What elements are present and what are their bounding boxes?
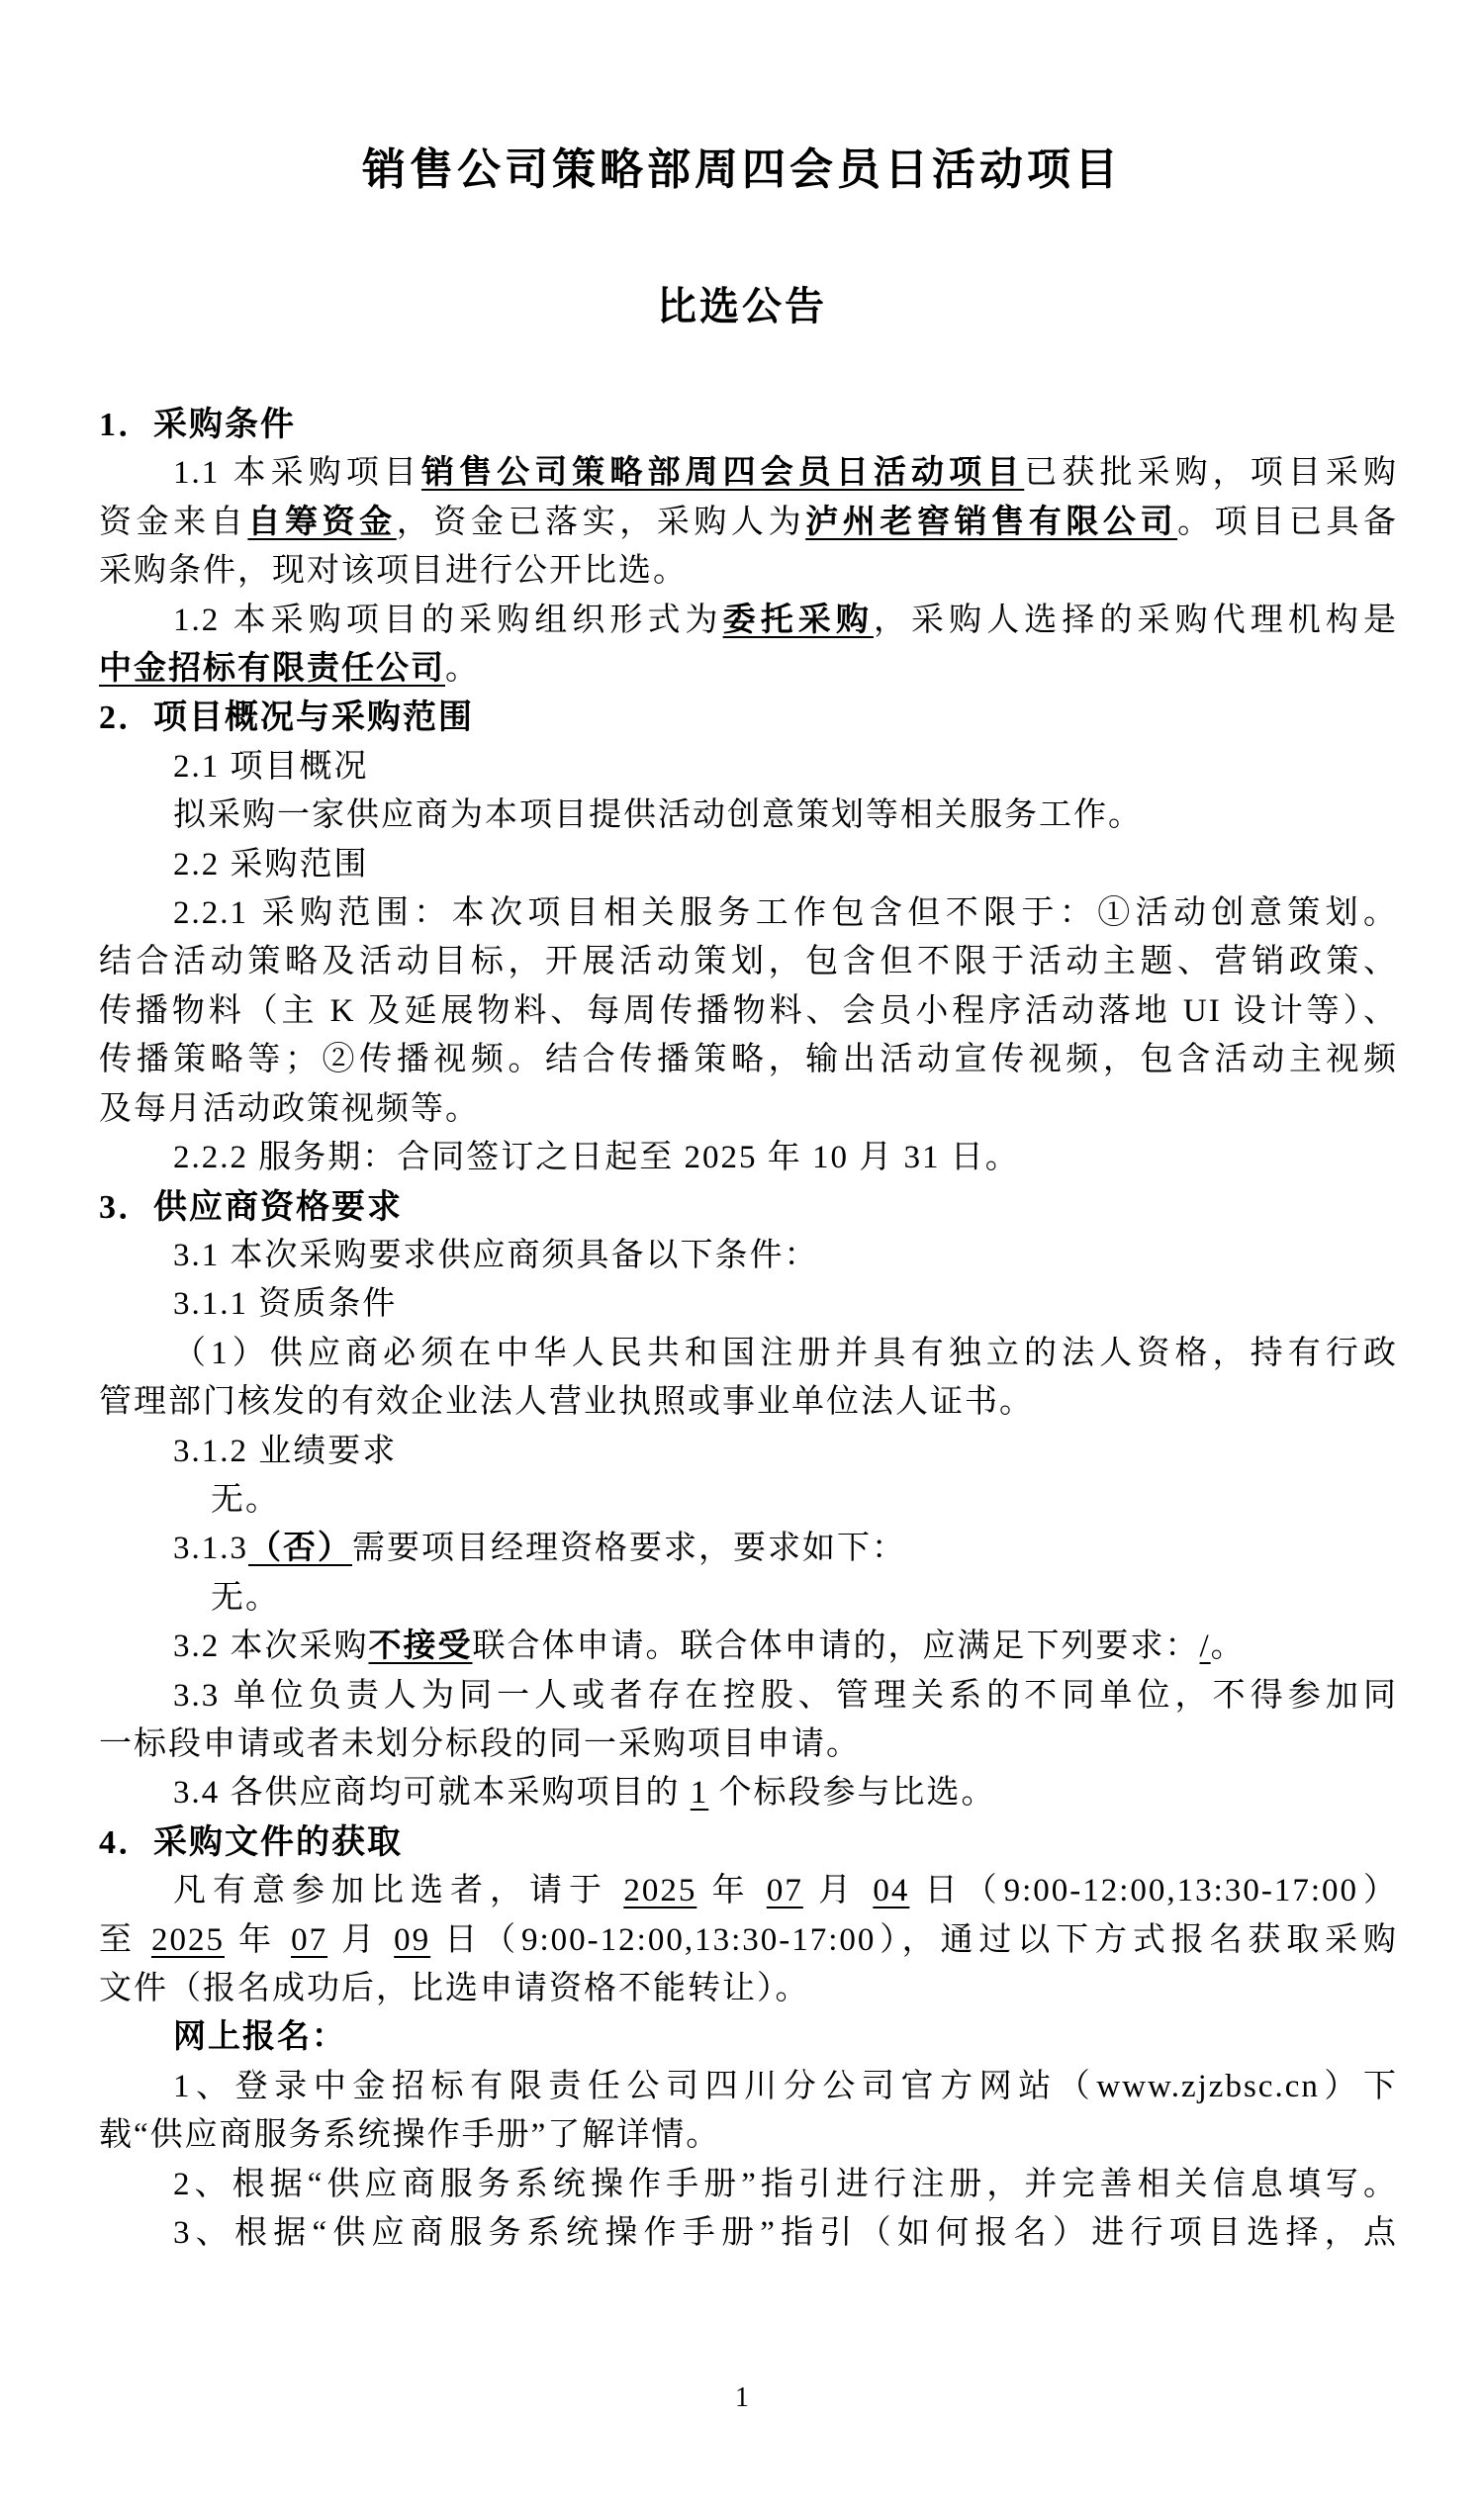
text-run: 采购条件，现对该项目进行公开比选。	[99, 553, 688, 589]
text-run: ，资金已落实，采购人为	[397, 505, 805, 540]
doc-line: 1、登录中金招标有限责任公司四川分公司官方网站（www.zjzbsc.cn）下	[99, 2063, 1398, 2111]
text-run: 2.2 采购范围	[173, 847, 369, 883]
text-run: 3.1.3	[173, 1531, 248, 1566]
doc-line: 一标段申请或者未划分标段的同一采购项目申请。	[99, 1721, 1398, 1769]
doc-line: 无。	[99, 1574, 1398, 1623]
text-run: 无。	[211, 1482, 280, 1518]
doc-line: 2.2.2 服务期：合同签订之日起至 2025 年 10 月 31 日。	[99, 1134, 1398, 1182]
text-run: ，采购人选择的采购代理机构是	[874, 603, 1398, 638]
text-run: 3、根据“供应商服务系统操作手册”指引（如何报名）进行项目选择，点	[173, 2215, 1398, 2251]
text-run: 3．供应商资格要求	[99, 1189, 403, 1226]
doc-subtitle: 比选公告	[0, 281, 1484, 332]
doc-body: 1．采购条件1.1 本采购项目销售公司策略部周四会员日活动项目已获批采购，项目采…	[99, 401, 1398, 2258]
doc-line: （1）供应商必须在中华人民共和国注册并具有独立的法人资格，持有行政	[99, 1330, 1398, 1378]
text-run: 2．项目概况与采购范围	[99, 699, 474, 736]
text-run: 1、登录中金招标有限责任公司四川分公司官方网站（www.zjzbsc.cn）下	[173, 2069, 1398, 2104]
doc-line: 3．供应商资格要求	[99, 1183, 1398, 1232]
doc-line: 结合活动策略及活动目标，开展活动策划，包含但不限于活动主题、营销政策、	[99, 938, 1398, 986]
doc-line: 传播物料（主 K 及延展物料、每周传播物料、会员小程序活动落地 UI 设计等）、	[99, 987, 1398, 1036]
doc-line: 2.1 项目概况	[99, 743, 1398, 791]
text-run: 09	[394, 1922, 430, 1958]
text-run: 。	[445, 651, 480, 687]
doc-line: 资金来自自筹资金，资金已落实，采购人为泸州老窖销售有限公司。项目已具备	[99, 499, 1398, 547]
text-run: 2.2.2 服务期：合同签订之日起至 2025 年 10 月 31 日。	[173, 1140, 1020, 1175]
doc-line: 3.1.3（否）需要项目经理资格要求，要求如下：	[99, 1525, 1398, 1573]
text-run: 3.3 单位负责人为同一人或者存在控股、管理关系的不同单位，不得参加同	[173, 1678, 1398, 1714]
text-run: 联合体申请。联合体申请的，应满足下列要求：	[473, 1629, 1200, 1664]
text-run: 网上报名：	[173, 2019, 346, 2055]
text-run: 1	[691, 1775, 709, 1811]
doc-title: 销售公司策略部周四会员日活动项目	[0, 142, 1484, 198]
doc-line: 3.4 各供应商均可就本采购项目的 1 个标段参与比选。	[99, 1769, 1398, 1817]
page-number: 1	[0, 2378, 1484, 2418]
doc-line: 4．采购文件的获取	[99, 1818, 1398, 1867]
text-run: 凡有意参加比选者，请于	[173, 1873, 623, 1908]
doc-line: 2、根据“供应商服务系统操作手册”指引进行注册，并完善相关信息填写。	[99, 2161, 1398, 2209]
text-run: 2025	[151, 1922, 225, 1958]
document-page: 销售公司策略部周四会员日活动项目 比选公告 1．采购条件1.1 本采购项目销售公…	[0, 0, 1484, 2513]
text-run: 2、根据“供应商服务系统操作手册”指引进行注册，并完善相关信息填写。	[173, 2167, 1398, 2202]
text-run: 2025	[623, 1873, 696, 1908]
doc-line: 管理部门核发的有效企业法人营业执照或事业单位法人证书。	[99, 1378, 1398, 1427]
text-run: 传播策略等；②传播视频。结合传播策略，输出活动宣传视频，包含活动主视频	[99, 1042, 1398, 1077]
text-run: 4．采购文件的获取	[99, 1824, 403, 1861]
text-run: 月	[803, 1873, 874, 1908]
text-run: 自筹资金	[247, 505, 396, 540]
doc-line: 及每月活动政策视频等。	[99, 1085, 1398, 1134]
doc-line: 载“供应商服务系统操作手册”了解详情。	[99, 2111, 1398, 2160]
text-run: 泸州老窖销售有限公司	[805, 505, 1177, 540]
text-run: 已获批采购，项目采购	[1024, 455, 1398, 491]
doc-line: 2.2 采购范围	[99, 841, 1398, 889]
text-run: 3.1.1 资质条件	[173, 1286, 397, 1322]
text-run: （1）供应商必须在中华人民共和国注册并具有独立的法人资格，持有行政	[173, 1336, 1398, 1371]
doc-line: 3.1.2 业绩要求	[99, 1428, 1398, 1476]
text-run: 日（9:00-12:00,13:30-17:00）	[909, 1873, 1398, 1908]
text-run: 拟采购一家供应商为本项目提供活动创意策划等相关服务工作。	[173, 797, 1143, 833]
text-run: 需要项目经理资格要求，要求如下：	[352, 1531, 906, 1566]
doc-line: 凡有意参加比选者，请于 2025 年 07 月 04 日（9:00-12:00,…	[99, 1867, 1398, 1915]
text-run: 个标段参与比选。	[708, 1775, 995, 1811]
text-run: 无。	[211, 1580, 280, 1616]
text-run: 07	[291, 1922, 327, 1958]
text-run: 3.1 本次采购要求供应商须具备以下条件：	[173, 1238, 819, 1273]
doc-line: 拟采购一家供应商为本项目提供活动创意策划等相关服务工作。	[99, 791, 1398, 840]
doc-line: 3、根据“供应商服务系统操作手册”指引（如何报名）进行项目选择，点	[99, 2209, 1398, 2258]
text-run: 结合活动策略及活动目标，开展活动策划，包含但不限于活动主题、营销政策、	[99, 944, 1398, 979]
doc-line: 中金招标有限责任公司。	[99, 645, 1398, 694]
text-run: 不接受	[369, 1629, 473, 1664]
text-run: 04	[873, 1873, 909, 1908]
doc-line: 1．采购条件	[99, 401, 1398, 449]
text-run: 及每月活动政策视频等。	[99, 1091, 480, 1127]
doc-line: 3.1.1 资质条件	[99, 1280, 1398, 1329]
doc-line: 2.2.1 采购范围：本次项目相关服务工作包含但不限于：①活动创意策划。	[99, 889, 1398, 938]
doc-line: 2．项目概况与采购范围	[99, 694, 1398, 742]
text-run: 月	[327, 1922, 394, 1958]
text-run: 2.1 项目概况	[173, 749, 369, 785]
text-run: 日（9:00-12:00,13:30-17:00），通过以下方式报名获取采购	[430, 1922, 1398, 1958]
text-run: 1.1 本采购项目	[173, 455, 421, 491]
text-run: 管理部门核发的有效企业法人营业执照或事业单位法人证书。	[99, 1384, 1034, 1420]
text-run: 3.1.2 业绩要求	[173, 1434, 397, 1469]
text-run: 销售公司策略部周四会员日活动项目	[421, 455, 1024, 491]
doc-line: 至 2025 年 07 月 09 日（9:00-12:00,13:30-17:0…	[99, 1916, 1398, 1965]
text-run: 2.2.1 采购范围：本次项目相关服务工作包含但不限于：①活动创意策划。	[173, 895, 1398, 931]
doc-line: 无。	[99, 1476, 1398, 1525]
doc-line: 3.1 本次采购要求供应商须具备以下条件：	[99, 1232, 1398, 1280]
text-run: 1．采购条件	[99, 407, 296, 443]
doc-line: 3.3 单位负责人为同一人或者存在控股、管理关系的不同单位，不得参加同	[99, 1672, 1398, 1721]
text-run: 资金来自	[99, 505, 247, 540]
text-run: 至	[99, 1922, 151, 1958]
text-run: 文件（报名成功后，比选申请资格不能转让）。	[99, 1971, 810, 2006]
text-run: 委托采购	[723, 603, 874, 638]
doc-line: 网上报名：	[99, 2013, 1398, 2062]
doc-line: 1.2 本采购项目的采购组织形式为委托采购，采购人选择的采购代理机构是	[99, 597, 1398, 645]
text-run: 年	[225, 1922, 291, 1958]
text-run: 1.2 本采购项目的采购组织形式为	[173, 603, 723, 638]
text-run: 一标段申请或者未划分标段的同一采购项目申请。	[99, 1726, 861, 1762]
text-run: 3.4 各供应商均可就本采购项目的	[173, 1775, 691, 1811]
text-run: 。项目已具备	[1177, 505, 1398, 540]
text-run: 年	[696, 1873, 767, 1908]
text-run: （否）	[248, 1531, 352, 1566]
doc-line: 3.2 本次采购不接受联合体申请。联合体申请的，应满足下列要求：/。	[99, 1623, 1398, 1671]
text-run: 传播物料（主 K 及延展物料、每周传播物料、会员小程序活动落地 UI 设计等）、	[99, 993, 1398, 1029]
text-run: 07	[767, 1873, 803, 1908]
text-run: 中金招标有限责任公司	[99, 651, 445, 687]
doc-line: 1.1 本采购项目销售公司策略部周四会员日活动项目已获批采购，项目采购	[99, 449, 1398, 498]
text-run: 3.2 本次采购	[173, 1629, 369, 1664]
text-run: 。	[1211, 1629, 1246, 1664]
doc-line: 采购条件，现对该项目进行公开比选。	[99, 547, 1398, 596]
doc-line: 传播策略等；②传播视频。结合传播策略，输出活动宣传视频，包含活动主视频	[99, 1036, 1398, 1084]
text-run: 载“供应商服务系统操作手册”了解详情。	[99, 2117, 720, 2153]
text-run: /	[1200, 1629, 1211, 1664]
doc-line: 文件（报名成功后，比选申请资格不能转让）。	[99, 1965, 1398, 2013]
